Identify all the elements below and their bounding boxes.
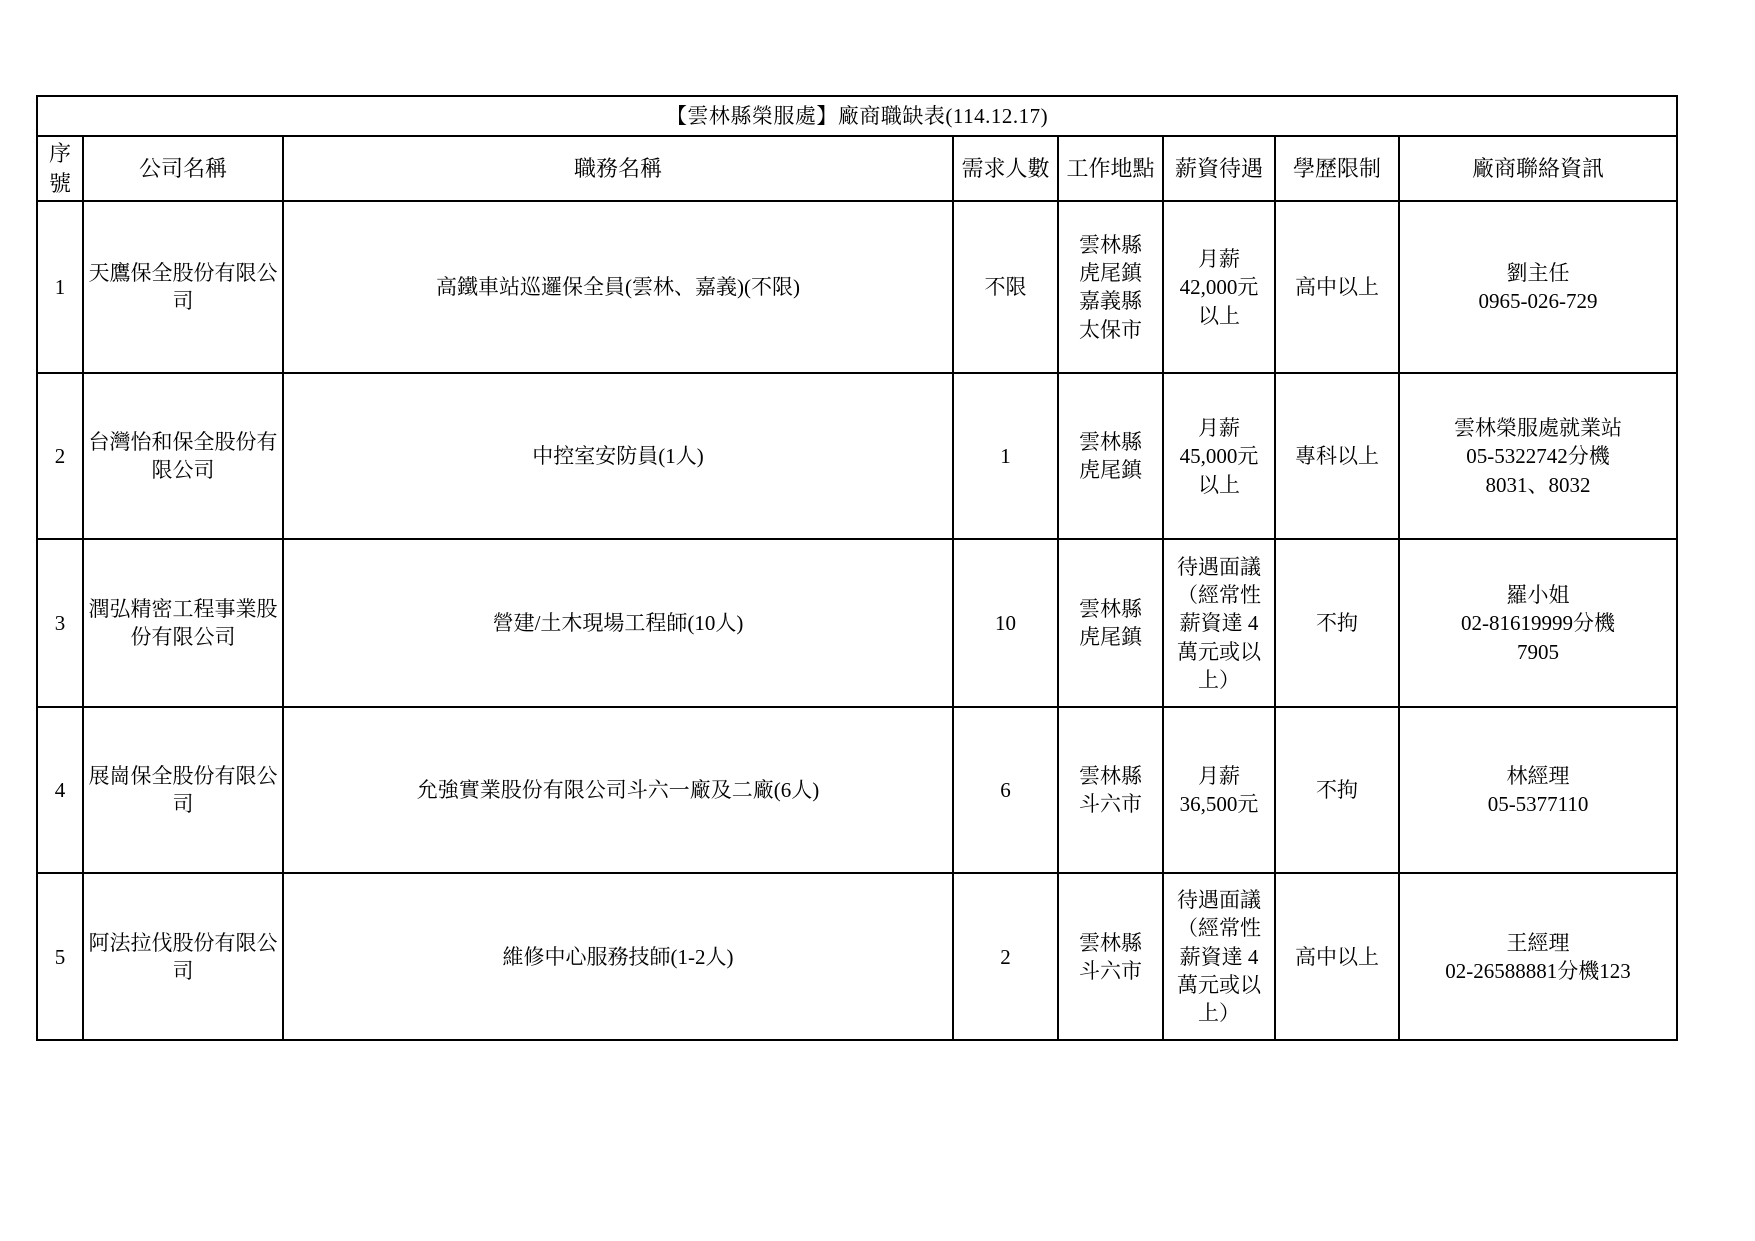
cell-no: 2: [37, 373, 83, 539]
cell-education: 專科以上: [1275, 373, 1399, 539]
cell-education: 不拘: [1275, 707, 1399, 873]
cell-location: 雲林縣 斗六市: [1058, 707, 1163, 873]
job-vacancy-table: 【雲林縣榮服處】廠商職缺表(114.12.17) 序號 公司名稱 職務名稱 需求…: [36, 95, 1678, 1041]
column-header-salary: 薪資待遇: [1163, 136, 1275, 201]
cell-location: 雲林縣 虎尾鎮: [1058, 373, 1163, 539]
column-header-company: 公司名稱: [83, 136, 283, 201]
cell-education: 不拘: [1275, 539, 1399, 707]
cell-salary: 月薪 45,000元 以上: [1163, 373, 1275, 539]
cell-education: 高中以上: [1275, 201, 1399, 373]
cell-no: 4: [37, 707, 83, 873]
cell-company: 台灣怡和保全股份有 限公司: [83, 373, 283, 539]
cell-company: 天鷹保全股份有限公 司: [83, 201, 283, 373]
cell-count: 6: [953, 707, 1058, 873]
cell-location: 雲林縣 虎尾鎮: [1058, 539, 1163, 707]
document-page: 【雲林縣榮服處】廠商職缺表(114.12.17) 序號 公司名稱 職務名稱 需求…: [0, 0, 1755, 1241]
column-header-no: 序號: [37, 136, 83, 201]
table-title: 【雲林縣榮服處】廠商職缺表(114.12.17): [37, 96, 1677, 136]
cell-job: 高鐵車站巡邏保全員(雲林、嘉義)(不限): [283, 201, 953, 373]
cell-salary: 待遇面議 （經常性 薪資達 4 萬元或以 上）: [1163, 539, 1275, 707]
table-row: 4 展崗保全股份有限公 司 允強實業股份有限公司斗六一廠及二廠(6人) 6 雲林…: [37, 707, 1677, 873]
cell-count: 2: [953, 873, 1058, 1040]
cell-job: 維修中心服務技師(1-2人): [283, 873, 953, 1040]
cell-salary: 月薪 42,000元 以上: [1163, 201, 1275, 373]
title-row: 【雲林縣榮服處】廠商職缺表(114.12.17): [37, 96, 1677, 136]
table-row: 5 阿法拉伐股份有限公 司 維修中心服務技師(1-2人) 2 雲林縣 斗六市 待…: [37, 873, 1677, 1040]
cell-count: 1: [953, 373, 1058, 539]
cell-company: 阿法拉伐股份有限公 司: [83, 873, 283, 1040]
cell-contact: 王經理 02-26588881分機123: [1399, 873, 1677, 1040]
cell-company: 潤弘精密工程事業股 份有限公司: [83, 539, 283, 707]
cell-no: 5: [37, 873, 83, 1040]
header-row: 序號 公司名稱 職務名稱 需求人數 工作地點 薪資待遇 學歷限制 廠商聯絡資訊: [37, 136, 1677, 201]
column-header-location: 工作地點: [1058, 136, 1163, 201]
cell-salary: 待遇面議 （經常性 薪資達 4 萬元或以 上）: [1163, 873, 1275, 1040]
column-header-job: 職務名稱: [283, 136, 953, 201]
cell-contact: 林經理 05-5377110: [1399, 707, 1677, 873]
cell-no: 1: [37, 201, 83, 373]
cell-count: 10: [953, 539, 1058, 707]
cell-contact: 羅小姐 02-81619999分機 7905: [1399, 539, 1677, 707]
table-row: 2 台灣怡和保全股份有 限公司 中控室安防員(1人) 1 雲林縣 虎尾鎮 月薪 …: [37, 373, 1677, 539]
cell-job: 中控室安防員(1人): [283, 373, 953, 539]
cell-job: 營建/土木現場工程師(10人): [283, 539, 953, 707]
column-header-contact: 廠商聯絡資訊: [1399, 136, 1677, 201]
cell-location: 雲林縣 斗六市: [1058, 873, 1163, 1040]
cell-company: 展崗保全股份有限公 司: [83, 707, 283, 873]
column-header-education: 學歷限制: [1275, 136, 1399, 201]
cell-location: 雲林縣 虎尾鎮 嘉義縣 太保市: [1058, 201, 1163, 373]
table-row: 3 潤弘精密工程事業股 份有限公司 營建/土木現場工程師(10人) 10 雲林縣…: [37, 539, 1677, 707]
cell-education: 高中以上: [1275, 873, 1399, 1040]
table-row: 1 天鷹保全股份有限公 司 高鐵車站巡邏保全員(雲林、嘉義)(不限) 不限 雲林…: [37, 201, 1677, 373]
cell-contact: 雲林榮服處就業站 05-5322742分機 8031、8032: [1399, 373, 1677, 539]
cell-job: 允強實業股份有限公司斗六一廠及二廠(6人): [283, 707, 953, 873]
cell-salary: 月薪 36,500元: [1163, 707, 1275, 873]
cell-contact: 劉主任 0965-026-729: [1399, 201, 1677, 373]
cell-count: 不限: [953, 201, 1058, 373]
cell-no: 3: [37, 539, 83, 707]
column-header-count: 需求人數: [953, 136, 1058, 201]
